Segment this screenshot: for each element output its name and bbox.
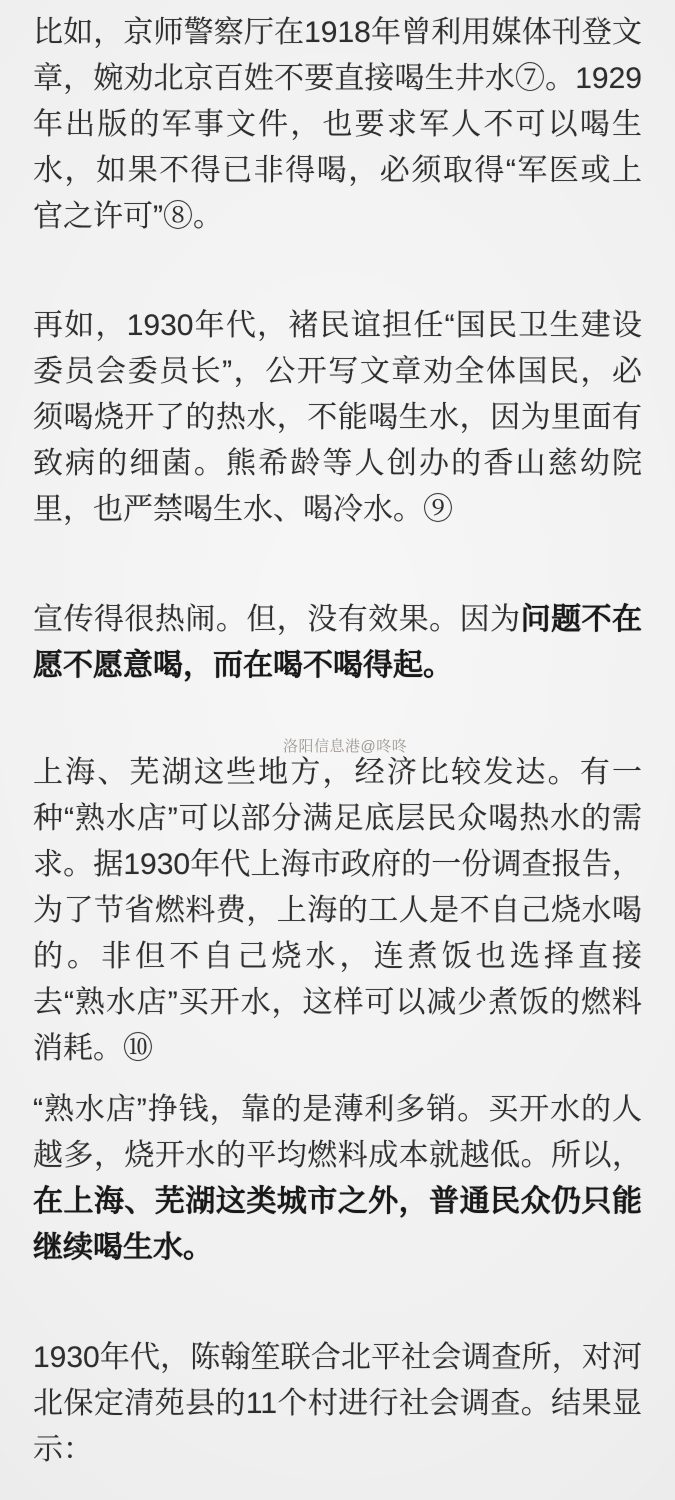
paragraph-5-text: “熟水店”挣钱，靠的是薄利多销。买开水的人越多，烧开水的平均燃料成本就越低。所以…	[33, 1093, 642, 1172]
paragraph-3-text: 宣传得很热闹。但，没有效果。因为	[33, 603, 521, 636]
paragraph-4-text: 上海、芜湖这些地方，经济比较发达。有一种“熟水店”可以部分满足底层民众喝热水的需…	[33, 756, 642, 1065]
article-page: { "page": { "background_color": "#f0f0f0…	[0, 0, 675, 1500]
paragraph-2-text: 再如，1930年代，褚民谊担任“国民卫生建设委员会委员长”，公开写文章劝全体国民…	[33, 309, 642, 526]
watermark: 洛阳信息港@咚咚	[283, 739, 407, 754]
paragraph-1-text: 比如，京师警察厅在1918年曾利用媒体刊登文章，婉劝北京百姓不要直接喝生井水⑦。…	[33, 16, 642, 233]
paragraph-5-bold-text: 在上海、芜湖这类城市之外，普通民众仍只能继续喝生水。	[33, 1185, 642, 1264]
paragraph-4: 上海、芜湖这些地方，经济比较发达。有一种“熟水店”可以部分满足底层民众喝热水的需…	[33, 750, 642, 1072]
paragraph-6: 1930年代，陈翰笙联合北平社会调查所，对河北保定清苑县的11个村进行社会调查。…	[33, 1335, 642, 1473]
paragraph-3: 宣传得很热闹。但，没有效果。因为问题不在愿不愿意喝，而在喝不喝得起。	[33, 597, 642, 689]
paragraph-5: “熟水店”挣钱，靠的是薄利多销。买开水的人越多，烧开水的平均燃料成本就越低。所以…	[33, 1087, 642, 1271]
paragraph-2: 再如，1930年代，褚民谊担任“国民卫生建设委员会委员长”，公开写文章劝全体国民…	[33, 303, 642, 533]
paragraph-1: 比如，京师警察厅在1918年曾利用媒体刊登文章，婉劝北京百姓不要直接喝生井水⑦。…	[33, 10, 642, 240]
paragraph-6-text: 1930年代，陈翰笙联合北平社会调查所，对河北保定清苑县的11个村进行社会调查。…	[33, 1341, 642, 1466]
